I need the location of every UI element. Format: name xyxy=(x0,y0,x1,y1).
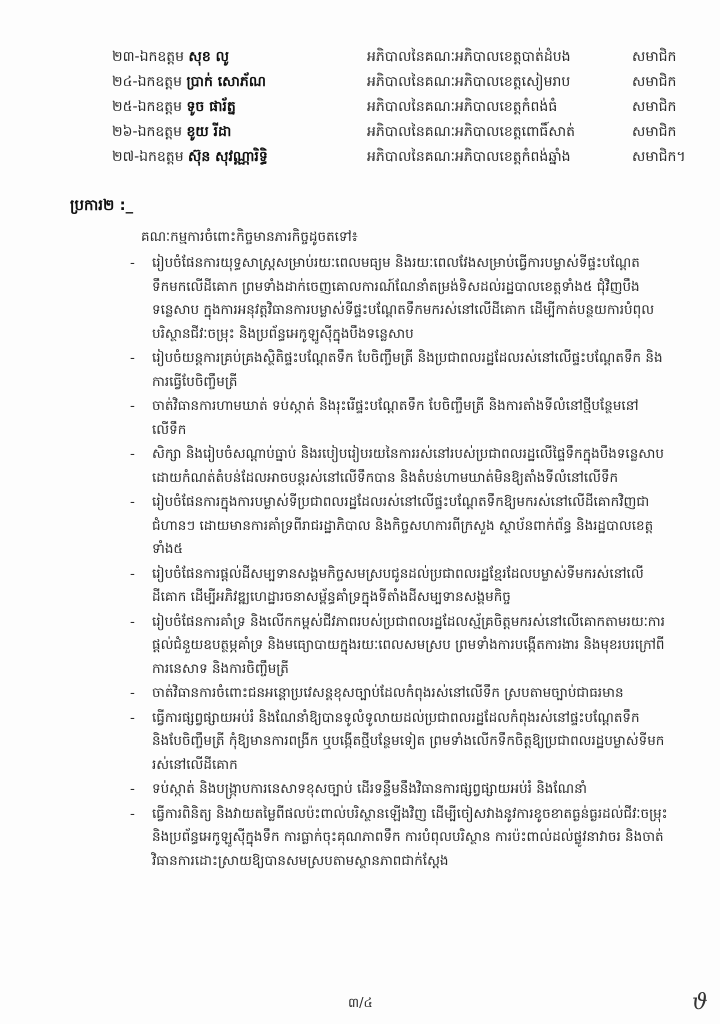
dash-bullet-icon: - xyxy=(130,707,135,731)
article-heading: ប្រការ២ :_ xyxy=(70,196,133,218)
member-role: អភិបាលនៃគណៈអភិបាលខេត្តពោធិ៍សាត់ xyxy=(367,120,575,145)
member-row: ២៥-ឯកឧត្តម ទូច ផារ័ត្ន អភិបាលនៃគណៈអភិបាល… xyxy=(112,95,712,120)
dash-bullet-icon: - xyxy=(130,682,135,706)
duty-text: រៀបចំផែនការក្នុងការបម្លាស់ទីប្រជាពលរដ្ឋដ… xyxy=(152,494,653,557)
member-title: ឯកឧត្តម xyxy=(140,49,184,65)
duty-item: -រៀបចំផែនការក្នុងការបម្លាស់ទីប្រជាពលរដ្ឋ… xyxy=(127,491,672,562)
dash-bullet-icon: - xyxy=(130,252,135,276)
page-number: ៣/៤ xyxy=(348,995,373,1014)
member-row: ២៣-ឯកឧត្តម សុខ លូ អភិបាលនៃគណៈអភិបាលខេត្ត… xyxy=(112,45,712,70)
member-position: សមាជិក។ xyxy=(632,145,686,170)
dash-bullet-icon: - xyxy=(130,443,135,467)
member-title: ឯកឧត្តម xyxy=(138,74,182,90)
document-page: ២៣-ឯកឧត្តម សុខ លូ អភិបាលនៃគណៈអភិបាលខេត្ត… xyxy=(0,0,720,1024)
member-position: សមាជិក xyxy=(632,95,676,120)
duty-text: ចាត់វិធានការហាមឃាត់ ទប់ស្កាត់ និងរុះរើផ្… xyxy=(152,398,639,438)
member-number: ២៧- xyxy=(112,149,139,165)
dash-bullet-icon: - xyxy=(130,778,135,802)
member-row: ២៤-ឯកឧត្តម ប្រាក់ សោភ័ណ អភិបាលនៃគណៈអភិបា… xyxy=(112,70,712,95)
member-title: ឯកឧត្តម xyxy=(138,124,182,140)
member-number: ២៣- xyxy=(112,49,140,65)
duty-item: -រៀបចំផែនការផ្តល់ដីសម្បទានសង្គមកិច្ចសមស្… xyxy=(127,563,672,610)
member-position: សមាជិក xyxy=(632,120,676,145)
duty-item: -រៀបចំផែនការគាំទ្រ និងលើកកម្ពស់ជីវភាពរបស… xyxy=(127,611,672,682)
member-name: សុខ លូ xyxy=(189,49,229,65)
member-number: ២៤- xyxy=(112,74,138,90)
dash-bullet-icon: - xyxy=(130,563,135,587)
duty-item: -ចាត់វិធានការចំពោះជនអន្តោប្រវេសន្តខុសច្ប… xyxy=(127,682,672,706)
member-name: ខូយ រីដា xyxy=(186,124,231,140)
initials-signature: ϑ xyxy=(692,990,708,1015)
member-number: ២៦- xyxy=(112,124,138,140)
duty-text: រៀបចំផែនការផ្តល់ដីសម្បទានសង្គមកិច្ចសមស្រ… xyxy=(152,566,644,606)
dash-bullet-icon: - xyxy=(130,491,135,515)
duty-item: -សិក្សា និងរៀបចំសណ្តាប់ធ្នាប់ និងរបៀបរៀប… xyxy=(127,443,672,490)
duty-text: រៀបចំផែនការគាំទ្រ និងលើកកម្ពស់ជីវភាពរបស់… xyxy=(152,614,665,677)
member-role: អភិបាលនៃគណៈអភិបាលខេត្តបាត់ដំបង xyxy=(367,45,571,70)
duty-item: -ធ្វើការពិនិត្យ និងវាយតម្លៃពីផលប៉ះពាល់បរ… xyxy=(127,803,672,874)
member-position: សមាជិក xyxy=(632,45,676,70)
dash-bullet-icon: - xyxy=(130,611,135,635)
member-title: ឯកឧត្តម xyxy=(139,149,183,165)
member-name: ទូច ផារ័ត្ន xyxy=(186,99,235,115)
member-title: ឯកឧត្តម xyxy=(138,99,182,115)
duty-text: ចាត់វិធានការចំពោះជនអន្តោប្រវេសន្តខុសច្បា… xyxy=(152,685,624,701)
member-role: អភិបាលនៃគណៈអភិបាលខេត្តកំពង់ធំ xyxy=(367,95,557,120)
duty-text: សិក្សា និងរៀបចំសណ្តាប់ធ្នាប់ និងរបៀបរៀបរ… xyxy=(152,446,664,486)
duties-list: -រៀបចំផែនការយុទ្ធសាស្ត្រសម្រាប់រយៈពេលមធ្… xyxy=(127,252,672,874)
member-number: ២៥- xyxy=(112,99,138,115)
member-name: ប្រាក់ សោភ័ណ xyxy=(186,74,265,90)
duty-item: -រៀបចំយន្តការគ្រប់គ្រងស្ថិតិផ្ទះបណ្តែតទឹ… xyxy=(127,347,672,394)
member-role: អភិបាលនៃគណៈអភិបាលខេត្តកំពង់ឆ្នាំង xyxy=(367,145,571,170)
committee-member-list: ២៣-ឯកឧត្តម សុខ លូ អភិបាលនៃគណៈអភិបាលខេត្ត… xyxy=(112,45,712,170)
duty-item: -រៀបចំផែនការយុទ្ធសាស្ត្រសម្រាប់រយៈពេលមធ្… xyxy=(127,252,672,346)
duty-item: -ទប់ស្កាត់ និងបង្ក្រាបការនេសាទខុសច្បាប់ … xyxy=(127,778,672,802)
duty-text: ទប់ស្កាត់ និងបង្ក្រាបការនេសាទខុសច្បាប់ ដ… xyxy=(152,781,587,797)
duty-text: រៀបចំផែនការយុទ្ធសាស្ត្រសម្រាប់រយៈពេលមធ្យ… xyxy=(152,255,654,342)
member-name: ស៊ុន សុវណ្ណារិទ្ធិ xyxy=(188,149,268,165)
dash-bullet-icon: - xyxy=(130,395,135,419)
duty-text: ធ្វើការពិនិត្យ និងវាយតម្លៃពីផលប៉ះពាល់បរិ… xyxy=(152,806,668,869)
article-intro: គណៈកម្មការចំពោះកិច្ចមានភារកិច្ចដូចតទៅ៖ xyxy=(141,228,358,248)
duty-text: ធ្វើការផ្សព្វផ្សាយអប់រំ និងណែនាំឱ្យបានទូ… xyxy=(152,710,664,773)
member-role: អភិបាលនៃគណៈអភិបាលខេត្តសៀមរាប xyxy=(367,70,570,95)
member-position: សមាជិក xyxy=(632,70,676,95)
member-row: ២៧-ឯកឧត្តម ស៊ុន សុវណ្ណារិទ្ធិ អភិបាលនៃគណ… xyxy=(112,145,712,170)
duty-item: -ចាត់វិធានការហាមឃាត់ ទប់ស្កាត់ និងរុះរើផ… xyxy=(127,395,672,442)
dash-bullet-icon: - xyxy=(130,347,135,371)
duty-text: រៀបចំយន្តការគ្រប់គ្រងស្ថិតិផ្ទះបណ្តែតទឹក… xyxy=(152,350,663,390)
member-row: ២៦-ឯកឧត្តម ខូយ រីដា អភិបាលនៃគណៈអភិបាលខេត… xyxy=(112,120,712,145)
duty-item: -ធ្វើការផ្សព្វផ្សាយអប់រំ និងណែនាំឱ្យបានទ… xyxy=(127,707,672,778)
dash-bullet-icon: - xyxy=(130,803,135,827)
